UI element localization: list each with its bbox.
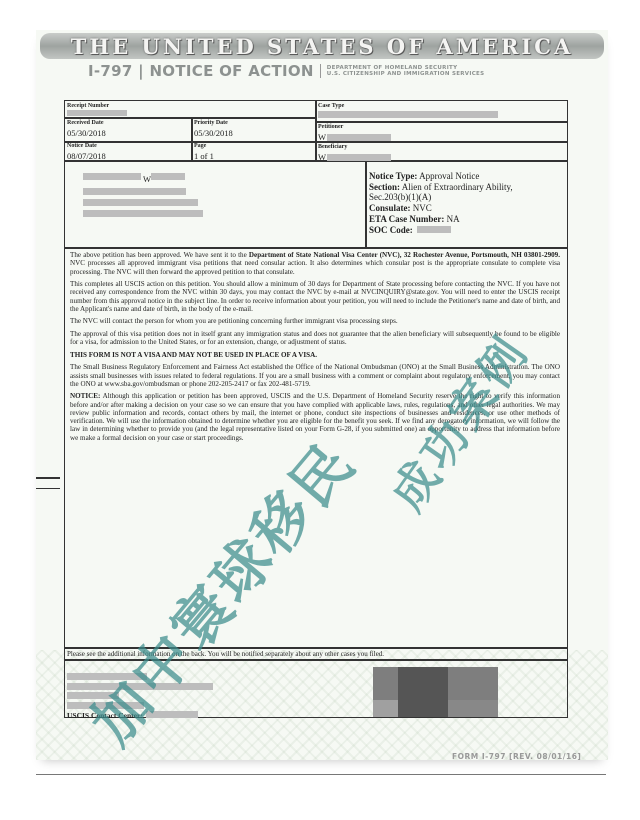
page-cell: Page 1 of 1	[192, 141, 314, 160]
title-divider	[320, 64, 321, 78]
received-date-label: Received Date	[67, 120, 191, 127]
notice-info: Notice Type: Approval Notice Section: Al…	[369, 171, 559, 235]
margin-marks	[36, 477, 60, 498]
receipt-number-cell: Receipt Number	[65, 101, 315, 117]
text: The above petition has been approved. We…	[70, 251, 249, 259]
banner-title: THE UNITED STATES OF AMERICA	[40, 33, 604, 59]
redacted-address-line	[151, 173, 185, 180]
redacted-barcode	[373, 667, 498, 717]
redacted-soc-code	[417, 226, 451, 233]
paragraph-nvc: The above petition has been approved. We…	[70, 251, 560, 276]
department-block: DEPARTMENT OF HOMELAND SECURITY U.S. CIT…	[327, 65, 485, 78]
dept-line-2: U.S. CITIZENSHIP AND IMMIGRATION SERVICE…	[327, 71, 485, 78]
priority-date-value: 05/30/2018	[194, 128, 314, 138]
mailing-address: W	[83, 173, 213, 221]
redacted-address-line	[83, 199, 198, 206]
petitioner-label: Petitioner	[318, 124, 566, 131]
redacted-case-type	[318, 111, 498, 118]
redacted-receipt-number	[67, 110, 127, 116]
notice-type-value: Approval Notice	[419, 171, 479, 181]
section-label: Section:	[369, 182, 400, 192]
eta-value: NA	[447, 214, 460, 224]
soc-label: SOC Code:	[369, 225, 413, 236]
received-date-cell: Received Date 05/30/2018	[65, 118, 191, 140]
notice-label: NOTICE:	[70, 392, 100, 400]
redacted-beneficiary	[327, 154, 391, 161]
case-type-cell: Case Type	[316, 101, 566, 121]
notice-date-cell: Notice Date 08/07/2018	[65, 141, 191, 160]
consulate-value: NVC	[413, 203, 432, 213]
priority-date-label: Priority Date	[194, 120, 314, 127]
eta-label: ETA Case Number:	[369, 214, 444, 224]
section-value-cont: Sec.203(b)(1)(A)	[369, 192, 559, 203]
redacted-address-line	[83, 210, 203, 217]
receipt-number-label: Receipt Number	[67, 103, 315, 110]
address-initial: W	[143, 174, 151, 184]
page-edge-line	[36, 774, 606, 775]
paragraph-uscis-action: This completes all USCIS action on this …	[70, 280, 560, 313]
consulate-label: Consulate:	[369, 203, 411, 213]
text: NVC processes all approved immigrant vis…	[70, 259, 560, 275]
redacted-address-line	[83, 173, 141, 180]
grid-line	[365, 160, 367, 247]
beneficiary-value: W	[318, 152, 326, 162]
notice-date-value: 08/07/2018	[67, 151, 191, 161]
petitioner-value: W	[318, 132, 326, 142]
section-value: Alien of Extraordinary Ability,	[402, 182, 513, 192]
redacted-address-line	[83, 188, 186, 195]
case-type-label: Case Type	[318, 103, 566, 110]
received-date-value: 05/30/2018	[67, 128, 191, 138]
priority-date-cell: Priority Date 05/30/2018	[192, 118, 314, 140]
form-revision: FORM I-797 [REV. 08/01/16]	[452, 752, 581, 761]
page-label: Page	[194, 143, 314, 150]
redacted-petitioner	[327, 134, 391, 141]
notice-date-label: Notice Date	[67, 143, 191, 150]
nvc-address: Department of State National Visa Center…	[249, 251, 560, 259]
form-header: I-797 | NOTICE OF ACTION DEPARTMENT OF H…	[88, 62, 484, 80]
beneficiary-cell: Beneficiary W	[316, 142, 566, 160]
notice-type-label: Notice Type:	[369, 171, 417, 181]
page-value: 1 of 1	[194, 151, 314, 161]
petitioner-cell: Petitioner W	[316, 122, 566, 141]
grid-line	[65, 247, 567, 249]
beneficiary-label: Beneficiary	[318, 144, 566, 151]
form-title: I-797 | NOTICE OF ACTION	[88, 62, 314, 80]
